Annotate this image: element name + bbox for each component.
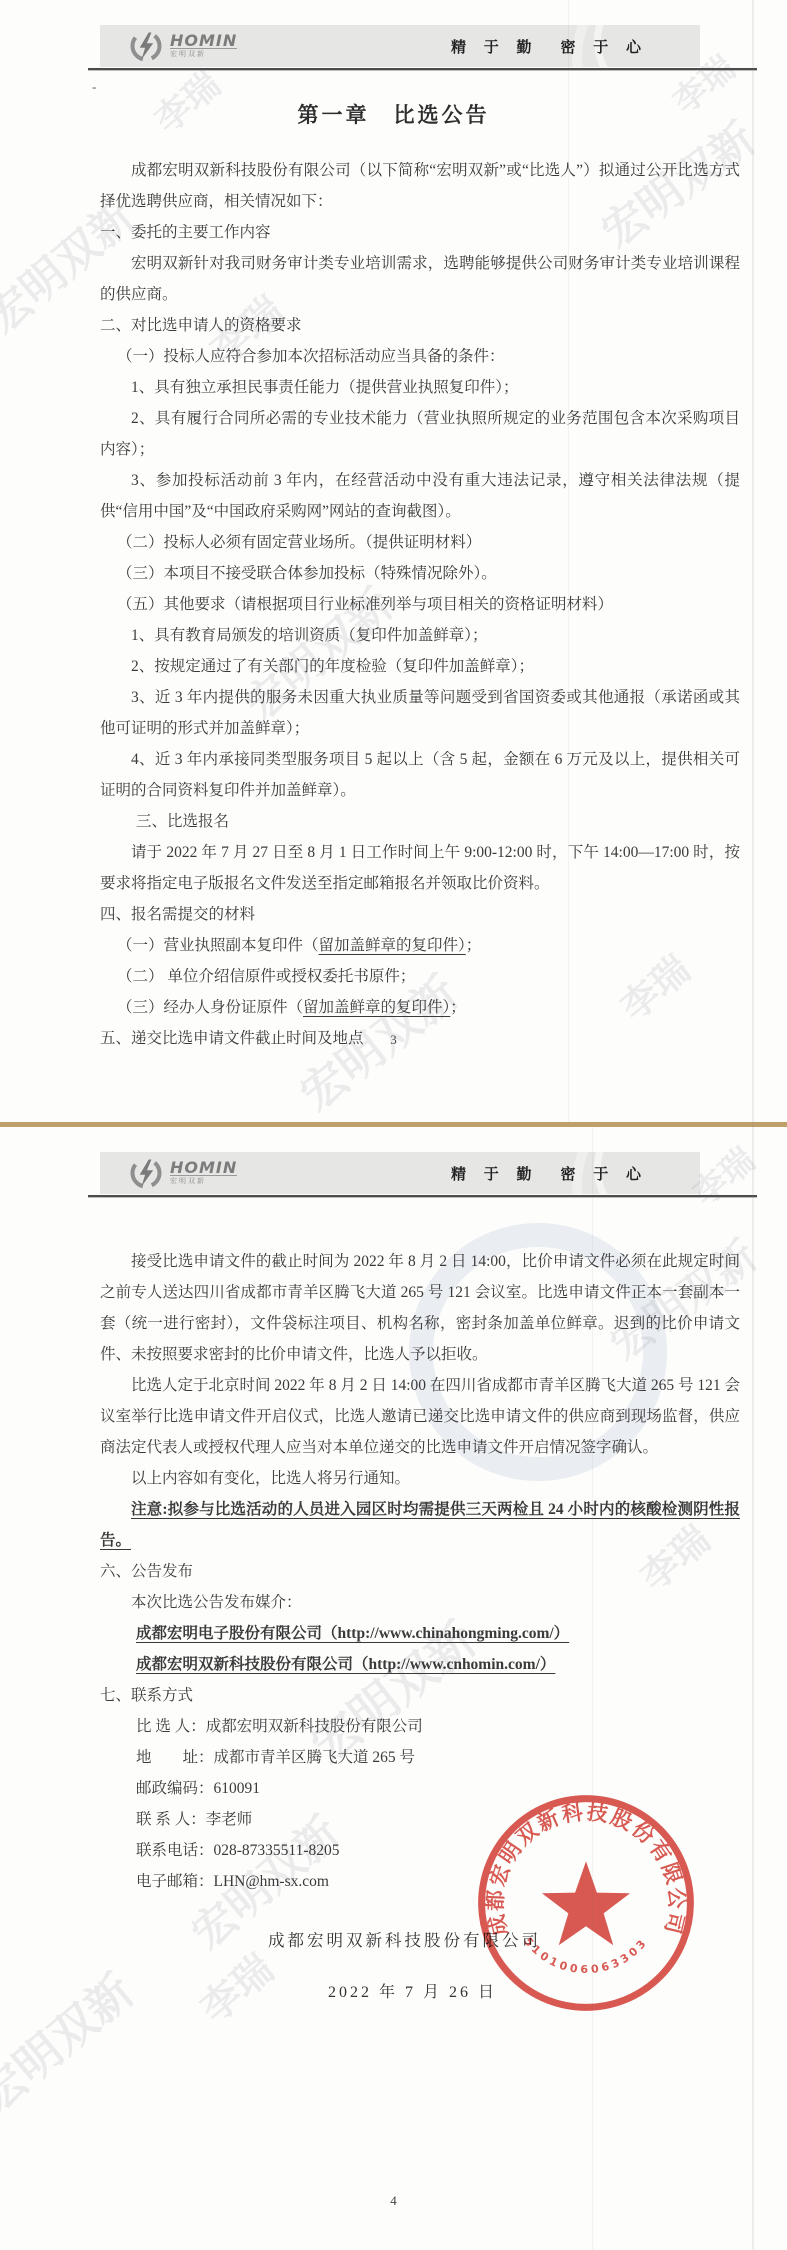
doc-text: 3、参加投标活动前 3 年内，在经营活动中没有重大违法记录，遵守相关法律法规（提… [100, 472, 740, 520]
doc-text: （一）营业执照副本复印件（ [117, 937, 319, 954]
doc-text: 宏明双新针对我司财务审计类专业培训需求，选聘能够提供公司财务审计类专业培训课程的… [100, 255, 740, 303]
doc-text: 七、联系方式 [100, 1687, 193, 1704]
doc-text: ； [450, 999, 466, 1016]
doc-line: 1、具有独立承担民事责任能力（提供营业执照复印件）； [100, 372, 740, 403]
paper-fold-line [592, 1127, 593, 2250]
doc-text: 3、近 3 年内提供的服务未因重大执业质量等问题受到省国资委或其他通报（承诺函或… [100, 689, 740, 737]
doc-text: 4、近 3 年内承接同类型服务项目 5 起以上（含 5 起，金额在 6 万元及以… [100, 751, 740, 799]
doc-text: 2、具有履行合同所必需的专业技术能力（营业执照所规定的业务范围包含本次采购项目内… [100, 410, 740, 458]
doc-text: 联 系 人：李老师 [136, 1811, 252, 1828]
doc-line: 本次比选公告发布媒介： [100, 1587, 740, 1618]
doc-text: 六、公告发布 [100, 1563, 193, 1580]
doc-text: 邮政编码：610091 [136, 1780, 260, 1797]
doc-text: 成都宏明电子股份有限公司（http://www.chinahongming.co… [136, 1625, 569, 1642]
stray-dash: - [92, 79, 787, 95]
logo-text: HOMIN [170, 1161, 237, 1175]
doc-text: 1、具有教育局颁发的培训资质（复印件加盖鲜章）； [131, 627, 488, 644]
page2-header: HOMIN 宏明双新 精 于 勤 密 于 心 [100, 1152, 700, 1194]
doc-text: 电子邮箱：LHN@hm-sx.com [136, 1873, 329, 1890]
doc-text: 四、报名需提交的材料 [100, 906, 255, 923]
company-slogan: 精 于 勤 密 于 心 [451, 1163, 648, 1184]
doc-line: （三）本项目不接受联合体参加投标（特殊情况除外）。 [100, 558, 740, 589]
doc-line: 四、报名需提交的材料 [100, 899, 740, 930]
doc-line: 比选人定于北京时间 2022 年 8 月 2 日 14:00 在四川省成都市青羊… [100, 1370, 740, 1463]
doc-line: （二） 单位介绍信原件或授权委托书原件； [100, 961, 740, 992]
doc-line: 成都宏明双新科技股份有限公司（http://www.cnhomin.com/） [100, 1649, 740, 1680]
doc-text: 留加盖鲜章的复印件） [303, 999, 450, 1016]
doc-text: ； [466, 937, 482, 954]
doc-line: 以上内容如有变化，比选人将另行通知。 [100, 1463, 740, 1494]
lightning-bolt-logo-icon [128, 1155, 164, 1191]
doc-text: 地 址：成都市青羊区腾飞大道 265 号 [136, 1749, 415, 1766]
doc-text: 接受比选申请文件的截止时间为 2022 年 8 月 2 日 14:00，比价申请… [100, 1253, 740, 1363]
doc-line: 3、近 3 年内提供的服务未因重大执业质量等问题受到省国资委或其他通报（承诺函或… [100, 682, 740, 744]
doc-line: 接受比选申请文件的截止时间为 2022 年 8 月 2 日 14:00，比价申请… [100, 1246, 740, 1370]
doc-line: （一）投标人应符合参加本次招标活动应当具备的条件： [100, 341, 740, 372]
doc-line: 二、对比选申请人的资格要求 [100, 310, 740, 341]
page1-body: 成都宏明双新科技股份有限公司（以下简称“宏明双新”或“比选人”）拟通过公开比选方… [100, 155, 740, 1054]
doc-text: （二） 单位介绍信原件或授权委托书原件； [117, 968, 415, 985]
doc-line: 注意:拟参与比选活动的人员进入园区时均需提供三天两检且 24 小时内的核酸检测阴… [100, 1494, 740, 1556]
company-seal-stamp: 成都宏明双新科技股份有限公司 5101006063303 [470, 1787, 702, 2019]
chapter-title: 第一章 比选公告 [0, 99, 787, 129]
page1-header: HOMIN 宏明双新 精 于 勤 密 于 心 [100, 25, 700, 67]
doc-line: 七、联系方式 [100, 1680, 740, 1711]
company-slogan: 精 于 勤 密 于 心 [451, 36, 648, 57]
scan-edge-line [752, 0, 754, 2250]
company-logo: HOMIN 宏明双新 [128, 28, 237, 64]
seal-star-icon [542, 1861, 630, 1945]
doc-line: （三）经办人身份证原件（留加盖鲜章的复印件）； [100, 992, 740, 1023]
doc-text: 注意:拟参与比选活动的人员进入园区时均需提供三天两检且 24 小时内的核酸检测阴… [100, 1501, 740, 1549]
scanned-document: HOMIN 宏明双新 精 于 勤 密 于 心 - 第一章 比选公告 成都宏明双新… [0, 0, 787, 2250]
doc-text: （二）投标人必须有固定营业场所。（提供证明材料） [117, 534, 481, 551]
doc-line: 4、近 3 年内承接同类型服务项目 5 起以上（含 5 起，金额在 6 万元及以… [100, 744, 740, 806]
doc-line: 2、具有履行合同所必需的专业技术能力（营业执照所规定的业务范围包含本次采购项目内… [100, 403, 740, 465]
doc-line: （二）投标人必须有固定营业场所。（提供证明材料） [100, 527, 740, 558]
doc-text: （三）本项目不接受联合体参加投标（特殊情况除外）。 [117, 565, 497, 582]
doc-line: 宏明双新针对我司财务审计类专业培训需求，选聘能够提供公司财务审计类专业培训课程的… [100, 248, 740, 310]
doc-line: 六、公告发布 [100, 1556, 740, 1587]
doc-line: 3、参加投标活动前 3 年内，在经营活动中没有重大违法记录，遵守相关法律法规（提… [100, 465, 740, 527]
page-number: 4 [0, 2193, 787, 2209]
doc-line: 一、委托的主要工作内容 [100, 217, 740, 248]
header-rule [88, 1195, 757, 1198]
doc-line: 五、递交比选申请文件截止时间及地点 [100, 1023, 740, 1054]
seal-number: 5101006063303 [521, 1935, 650, 1976]
doc-text: 1、具有独立承担民事责任能力（提供营业执照复印件）； [131, 379, 519, 396]
doc-text: 成都宏明双新科技股份有限公司（http://www.cnhomin.com/） [136, 1656, 555, 1673]
doc-line: 比 选 人：成都宏明双新科技股份有限公司 [100, 1711, 740, 1742]
doc-text: （三）经办人身份证原件（ [117, 999, 303, 1016]
doc-text: 2、按规定通过了有关部门的年度检验（复印件加盖鲜章）； [131, 658, 534, 675]
doc-line: 成都宏明双新科技股份有限公司（以下简称“宏明双新”或“比选人”）拟通过公开比选方… [100, 155, 740, 217]
page-1: HOMIN 宏明双新 精 于 勤 密 于 心 - 第一章 比选公告 成都宏明双新… [0, 0, 787, 1122]
company-logo: HOMIN 宏明双新 [128, 1155, 237, 1191]
paper-fold-line [568, 0, 569, 1122]
doc-text: 成都宏明双新科技股份有限公司（以下简称“宏明双新”或“比选人”）拟通过公开比选方… [100, 162, 740, 210]
doc-line: （一）营业执照副本复印件（留加盖鲜章的复印件）； [100, 930, 740, 961]
doc-text: 本次比选公告发布媒介： [131, 1594, 302, 1611]
doc-text: 留加盖鲜章的复印件） [319, 937, 466, 954]
svg-text:5101006063303: 5101006063303 [521, 1935, 650, 1976]
doc-line: 成都宏明电子股份有限公司（http://www.chinahongming.co… [100, 1618, 740, 1649]
doc-line: （五）其他要求（请根据项目行业标准列举与项目相关的资格证明材料） [100, 589, 740, 620]
doc-text: 比选人定于北京时间 2022 年 8 月 2 日 14:00 在四川省成都市青羊… [100, 1377, 740, 1456]
page-2: HOMIN 宏明双新 精 于 勤 密 于 心 接受比选申请文件的截止时间为 20… [0, 1127, 787, 2250]
doc-text: 三、比选报名 [136, 813, 229, 830]
doc-text: 一、委托的主要工作内容 [100, 224, 271, 241]
lightning-bolt-logo-icon [128, 28, 164, 64]
logo-text: HOMIN [170, 34, 237, 48]
doc-text: 请于 2022 年 7 月 27 日至 8 月 1 日工作时间上午 9:00-1… [100, 844, 740, 892]
doc-line: 请于 2022 年 7 月 27 日至 8 月 1 日工作时间上午 9:00-1… [100, 837, 740, 899]
doc-text: 联系电话：028-87335511-8205 [136, 1842, 340, 1859]
doc-line: 1、具有教育局颁发的培训资质（复印件加盖鲜章）； [100, 620, 740, 651]
doc-line: 2、按规定通过了有关部门的年度检验（复印件加盖鲜章）； [100, 651, 740, 682]
doc-line: 地 址：成都市青羊区腾飞大道 265 号 [100, 1742, 740, 1773]
doc-text: 五、递交比选申请文件截止时间及地点 [100, 1030, 364, 1047]
header-rule [88, 68, 757, 71]
logo-wordmark: HOMIN 宏明双新 [170, 1161, 237, 1186]
logo-wordmark: HOMIN 宏明双新 [170, 34, 237, 59]
doc-text: 二、对比选申请人的资格要求 [100, 317, 302, 334]
doc-text: 以上内容如有变化，比选人将另行通知。 [131, 1470, 410, 1487]
doc-text: 比 选 人：成都宏明双新科技股份有限公司 [136, 1718, 423, 1735]
doc-text: （一）投标人应符合参加本次招标活动应当具备的条件： [117, 348, 505, 365]
doc-line: 三、比选报名 [100, 806, 740, 837]
doc-text: （五）其他要求（请根据项目行业标准列举与项目相关的资格证明材料） [117, 596, 613, 613]
